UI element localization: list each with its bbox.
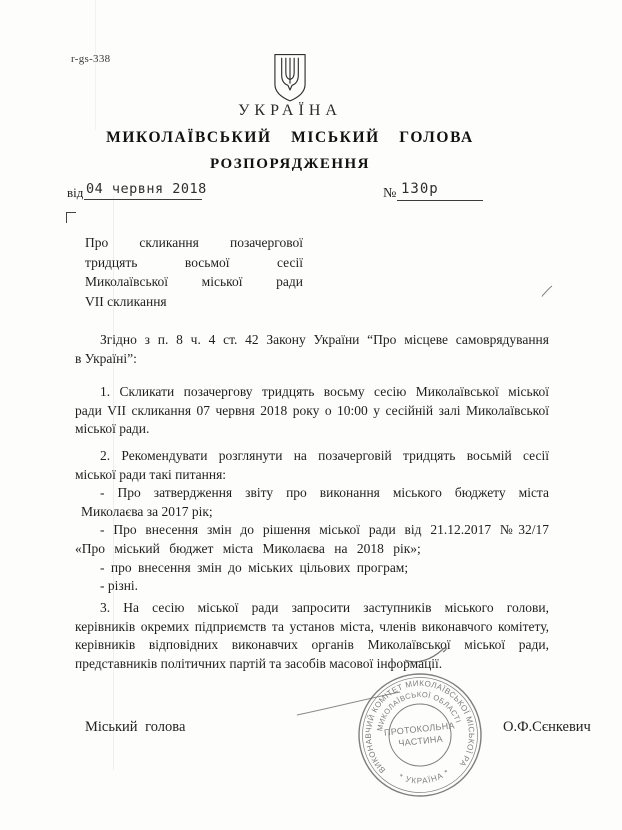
handwritten-tick-mark bbox=[540, 283, 556, 299]
date-value: 04 червня 2018 bbox=[86, 181, 207, 197]
text-line: - про внесення змін до міських цільових … bbox=[75, 559, 549, 578]
paragraph-intro: Згідно з п. 8 ч. 4 ст. 42 Закону України… bbox=[75, 331, 549, 368]
text-line: 1. Скликати позачергову тридцять восьму … bbox=[75, 383, 549, 402]
text-line: 3. На сесію міської ради запросити засту… bbox=[75, 599, 549, 618]
subject-line: тридцять восьмої сесії bbox=[85, 253, 303, 273]
subject-line: Про скликання позачергової bbox=[85, 233, 303, 253]
stamp-center-text-line2: ЧАСТИНА bbox=[398, 734, 443, 749]
text-line: керівників відповідних виконавчих органі… bbox=[75, 636, 549, 655]
date-underline bbox=[84, 199, 202, 200]
handwritten-swoosh-mark bbox=[404, 644, 452, 666]
signatory-name: О.Ф.Сєнкевич bbox=[503, 719, 591, 736]
text-line: Миколаєва за 2017 рік; bbox=[75, 503, 549, 522]
reference-code: r-gs-338 bbox=[71, 53, 110, 65]
paragraph-item-2: 2. Рекомендувати розглянути на позачерго… bbox=[75, 447, 549, 596]
paragraph-item-1: 1. Скликати позачергову тридцять восьму … bbox=[75, 383, 549, 439]
corner-bracket-mark bbox=[66, 212, 76, 223]
text-line: представників політичних партій та засоб… bbox=[75, 655, 549, 674]
round-office-stamp: ВИКОНАВЧИЙ КОМІТЕТ МИКОЛАЇВСЬКОЇ МІСЬКОЇ… bbox=[350, 665, 491, 806]
subject-block: Про скликання позачергової тридцять вось… bbox=[85, 233, 303, 311]
signatory-position: Міський голова bbox=[85, 719, 185, 736]
text-line: в Україні”: bbox=[75, 350, 549, 369]
scanned-document-page: r-gs-338 УКРАЇНА МИКОЛАЇВСЬКИЙ МІСЬКИЙ Г… bbox=[0, 0, 622, 830]
subject-line: Миколаївської міської ради bbox=[85, 272, 303, 292]
stamp-bottom-arc-text: * УКРАЇНА * bbox=[397, 767, 453, 788]
ukraine-trident-emblem-icon bbox=[272, 52, 308, 104]
text-line: міської ради. bbox=[75, 420, 549, 439]
text-line: 2. Рекомендувати розглянути на позачерго… bbox=[75, 447, 549, 466]
document-number-value: 130р bbox=[401, 181, 439, 197]
text-line: керівників окремих підприємств та устано… bbox=[75, 618, 549, 637]
country-name: УКРАЇНА bbox=[0, 102, 580, 120]
subject-line: VII скликання bbox=[85, 292, 303, 312]
text-line: - Про затвердження звіту про виконання м… bbox=[75, 484, 549, 503]
document-type-title: РОЗПОРЯДЖЕННЯ bbox=[0, 156, 580, 173]
issuing-authority-title: МИКОЛАЇВСЬКИЙ МІСЬКИЙ ГОЛОВА bbox=[0, 129, 580, 147]
document-number-underline bbox=[397, 200, 483, 201]
text-line: міської ради такі питання: bbox=[75, 466, 549, 485]
paragraph-item-3: 3. На сесію міської ради запросити засту… bbox=[75, 599, 549, 673]
text-line: «Про міський бюджет міста Миколаєва на 2… bbox=[75, 540, 549, 559]
text-line: - різні. bbox=[75, 577, 549, 596]
text-line: Згідно з п. 8 ч. 4 ст. 42 Закону України… bbox=[75, 331, 549, 350]
text-line: - Про внесення змін до рішення міської р… bbox=[75, 521, 549, 540]
date-label: від bbox=[67, 185, 83, 201]
text-line: ради VII скликання 07 червня 2018 року о… bbox=[75, 402, 549, 421]
document-number-label: № bbox=[383, 186, 396, 202]
